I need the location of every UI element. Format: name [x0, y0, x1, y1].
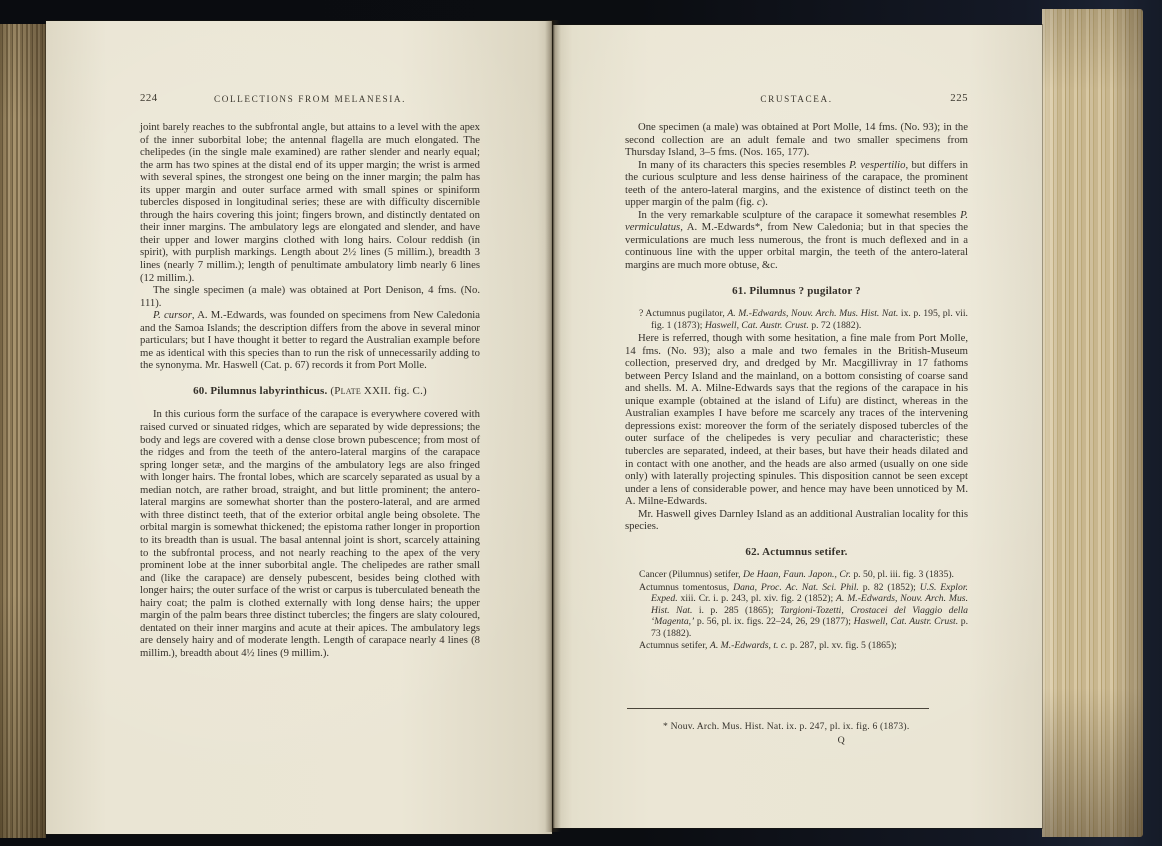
signature-mark: Q [625, 735, 968, 748]
paragraph: joint barely reaches to the subfrontal a… [140, 121, 480, 284]
species-heading: 61. Pilumnus ? pugilator ? [625, 285, 968, 298]
footnote-text: * Nouv. Arch. Mus. Hist. Nat. ix. p. 247… [625, 721, 968, 734]
paragraph: P. cursor, A. M.-Edwards, was founded on… [140, 309, 480, 372]
paragraph: Mr. Haswell gives Darnley Island as an a… [625, 508, 968, 533]
species-heading: 62. Actumnus setifer. [625, 546, 968, 559]
right-fore-edge-stack [1042, 9, 1143, 837]
right-page-text: One specimen (a male) was obtained at Po… [625, 121, 968, 653]
right-running-title: CRUSTACEA. [760, 94, 832, 104]
paragraph: One specimen (a male) was obtained at Po… [625, 121, 968, 159]
reference-citation: ? Actumnus pugilator, A. M.-Edwards, Nou… [625, 308, 968, 331]
paragraph: Here is referred, though with some hesit… [625, 332, 968, 508]
left-page-edge-stack [0, 24, 46, 838]
left-page-number: 224 [140, 92, 158, 105]
paragraph: In many of its characters this species r… [625, 159, 968, 209]
left-running-title: COLLECTIONS FROM MELANESIA. [214, 94, 406, 104]
left-page-text: joint barely reaches to the subfrontal a… [140, 121, 480, 659]
reference-citation: Actumnus setifer, A. M.-Edwards, t. c. p… [625, 640, 968, 652]
species-heading: 60. Pilumnus labyrinthicus. (Plate XXII.… [140, 385, 480, 398]
reference-citation: Cancer (Pilumnus) setifer, De Haan, Faun… [625, 569, 968, 581]
footnote-rule [627, 708, 929, 709]
right-page-number: 225 [950, 92, 968, 105]
paragraph: In this curious form the surface of the … [140, 408, 480, 659]
photo-of-open-book: { "colors":{ "background":"#0b0d11", "co… [0, 0, 1162, 846]
left-running-header: 224 COLLECTIONS FROM MELANESIA. [140, 93, 480, 106]
book-gutter [545, 20, 561, 832]
right-running-header: CRUSTACEA. 225 [625, 93, 968, 106]
page-right-inner: CRUSTACEA. 225 One specimen (a male) was… [553, 25, 1042, 828]
footnote-area: * Nouv. Arch. Mus. Hist. Nat. ix. p. 247… [625, 708, 968, 828]
page-right: CRUSTACEA. 225 One specimen (a male) was… [553, 25, 1042, 828]
reference-citation: Actumnus tomentosus, Dana, Proc. Ac. Nat… [625, 582, 968, 640]
paragraph: The single specimen (a male) was obtaine… [140, 284, 480, 309]
page-left: 224 COLLECTIONS FROM MELANESIA. joint ba… [46, 21, 552, 834]
page-left-inner: 224 COLLECTIONS FROM MELANESIA. joint ba… [46, 21, 552, 834]
paragraph: In the very remarkable sculpture of the … [625, 209, 968, 272]
